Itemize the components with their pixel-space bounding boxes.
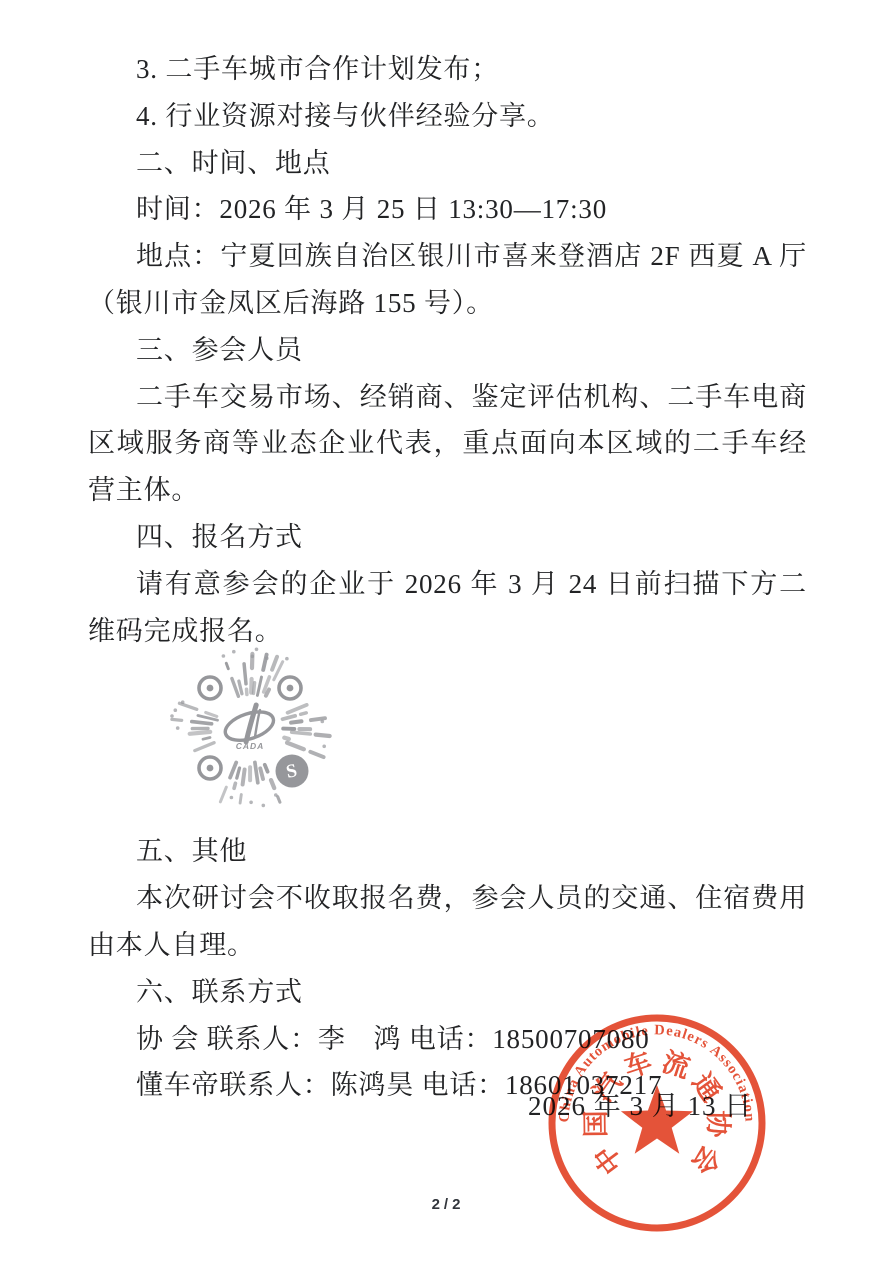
svg-text:流: 流: [659, 1046, 694, 1084]
location-paragraph: 地点：宁夏回族自治区银川市喜来登酒店 2F 西夏 A 厅（银川市金凤区后海路 1…: [88, 233, 807, 327]
page-number: 2/2: [0, 1196, 896, 1213]
registration-paragraph: 请有意参会的企业于 2026 年 3 月 24 日前扫描下方二维码完成报名。: [88, 561, 807, 655]
svg-text:车: 车: [621, 1047, 656, 1084]
svg-text:国: 国: [581, 1110, 611, 1137]
document-page: 3. 二手车城市合作计划发布； 4. 行业资源对接与伙伴经验分享。 二、时间、地…: [0, 0, 896, 1276]
svg-text:会: 会: [686, 1140, 726, 1180]
fees-paragraph: 本次研讨会不收取报名费，参会人员的交通、住宿费用由本人自理。: [88, 875, 807, 969]
svg-text:通: 通: [687, 1068, 727, 1107]
section-heading-5: 五、其他: [88, 828, 807, 875]
svg-text:中: 中: [588, 1140, 628, 1180]
section-heading-6: 六、联系方式: [88, 969, 807, 1016]
svg-text:汽: 汽: [587, 1068, 627, 1107]
qr-code-graphic: CADAS: [164, 640, 336, 816]
section-heading-3: 三、参会人员: [88, 327, 807, 374]
svg-text:CADA: CADA: [236, 741, 265, 751]
list-item-3: 3. 二手车城市合作计划发布；: [88, 46, 807, 93]
svg-text:协: 协: [703, 1110, 733, 1138]
time-line: 时间：2026 年 3 月 25 日 13:30—17:30: [88, 186, 807, 233]
document-body: 3. 二手车城市合作计划发布； 4. 行业资源对接与伙伴经验分享。 二、时间、地…: [88, 46, 807, 1109]
section-heading-2: 二、时间、地点: [88, 140, 807, 187]
registration-qr-code: CADAS: [164, 640, 336, 816]
section-heading-4: 四、报名方式: [88, 514, 807, 561]
list-item-4: 4. 行业资源对接与伙伴经验分享。: [88, 93, 807, 140]
attendees-paragraph: 二手车交易市场、经销商、鉴定评估机构、二手车电商区域服务商等业态企业代表，重点面…: [88, 374, 807, 514]
